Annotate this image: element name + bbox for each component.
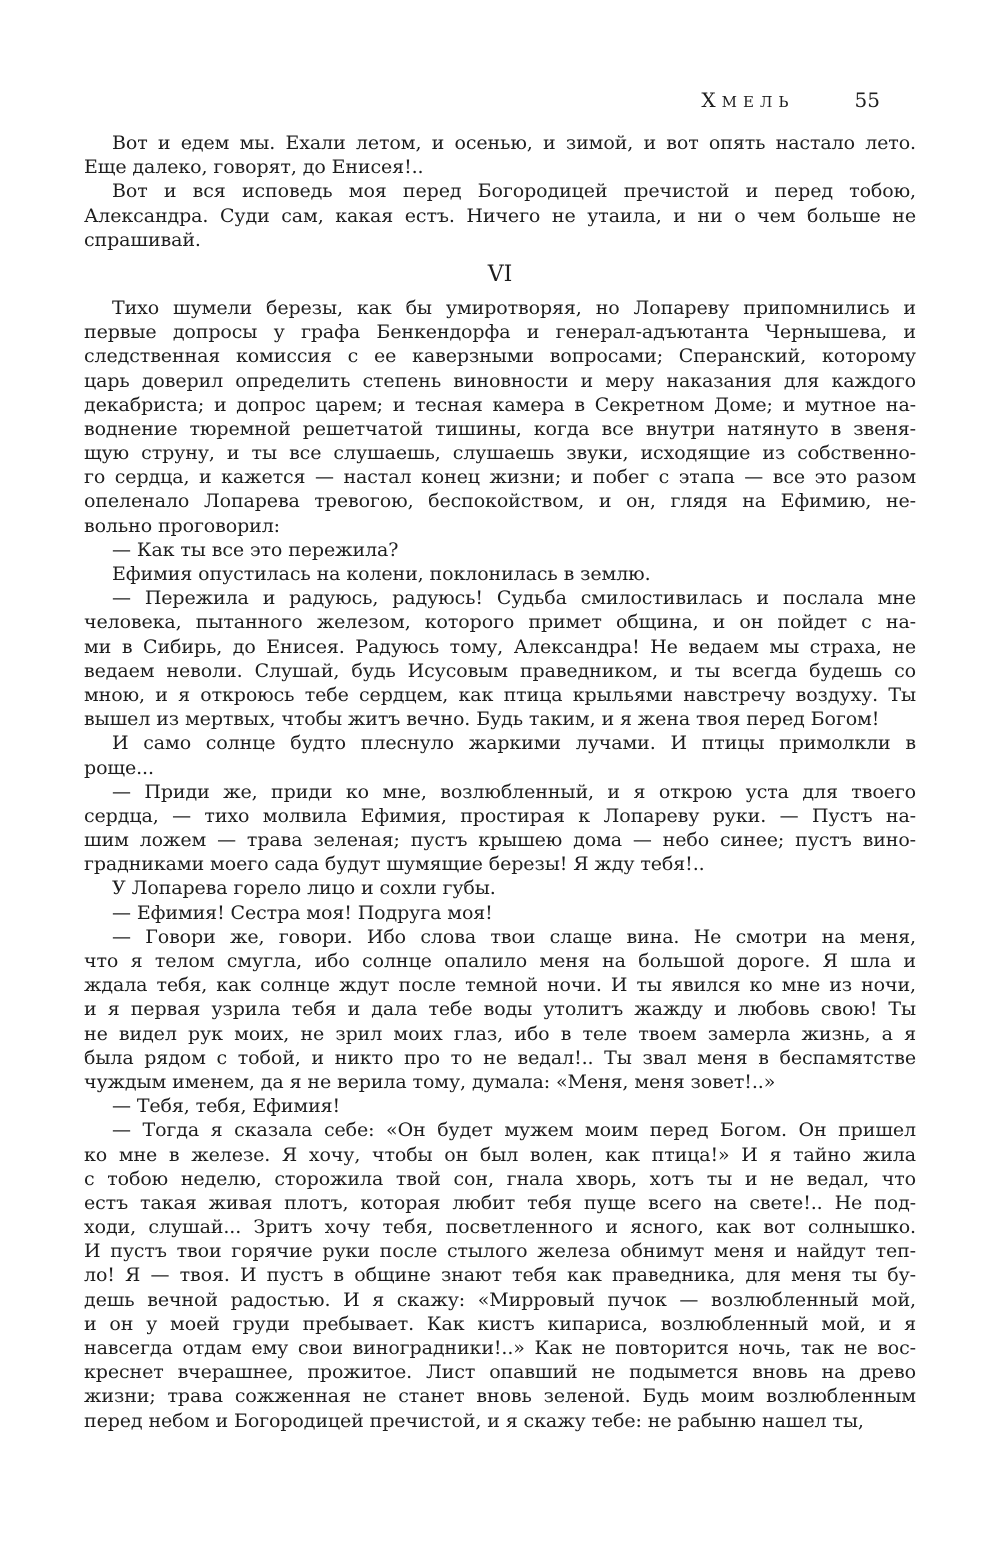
text-line: — Тогда я сказала себе: «Он будет мужем … [84,1118,916,1142]
text-line: первые допросы у графа Бенкендорфа и ген… [84,320,916,344]
text-line: градниками моего сада будут шумящие бере… [84,852,916,876]
text-line: Тихо шумели березы, как бы умиротворяя, … [84,296,916,320]
text-line: человека, пытанного железом, которого пр… [84,610,916,634]
paragraph: Ефимия опустилась на колени, поклонилась… [84,562,916,586]
text-line: ведаем неволи. Слушай, будь Исусовым пра… [84,659,916,683]
paragraph: У Лопарева горело лицо и сохли губы. [84,876,916,900]
paragraph: Вот и вся исповедь моя перед Богородицей… [84,179,916,252]
text-line: — Тебя, тебя, Ефимия! [84,1094,916,1118]
text-line: ми в Сибирь, до Енисея. Радуюсь тому, Ал… [84,635,916,659]
paragraph: — Пережила и радуюсь, радуюсь! Судьба см… [84,586,916,731]
text-line: и я первая узрила тебя и дала тебе воды … [84,997,916,1021]
text-line: навсегда отдам ему свои виноградники!..»… [84,1336,916,1360]
text-line: не видел рук моих, не зрил моих глаз, иб… [84,1022,916,1046]
text-line: с тобою неделю, сторожила твой сон, гнал… [84,1167,916,1191]
text-line: Ефимия опустилась на колени, поклонилась… [84,562,916,586]
text-line: — Пережила и радуюсь, радуюсь! Судьба см… [84,586,916,610]
text-line: следственная комиссия с ее каверзными во… [84,344,916,368]
text-line: — Приди же, приди ко мне, возлюбленный, … [84,780,916,804]
section-heading: VI [84,263,916,287]
text-line: декабриста; и допрос царем; и тесная кам… [84,393,916,417]
paragraph: Вот и едем мы. Ехали летом, и осенью, и … [84,131,916,179]
text-line: Александра. Суди сам, какая естъ. Ничего… [84,204,916,228]
text-line: опеленало Лопарева тревогою, беспокойств… [84,489,916,513]
text-line: щую струну, и ты все слушаешь, слушаешь … [84,441,916,465]
text-line: ходи, слушай... Зритъ хочу тебя, посветл… [84,1215,916,1239]
paragraph: — Ефимия! Сестра моя! Подруга моя! [84,901,916,925]
text-line: ло! Я — твоя. И пустъ в общине знают теб… [84,1263,916,1287]
text-line: чуждым именем, да я не верила тому, дума… [84,1070,916,1094]
text-line: царь доверил определить степень виновнос… [84,369,916,393]
text-line: спрашивай. [84,228,916,252]
paragraph: — Тогда я сказала себе: «Он будет мужем … [84,1118,916,1432]
text-line: — Ефимия! Сестра моя! Подруга моя! [84,901,916,925]
text-line: шим ложем — трава зеленая; пустъ крышею … [84,828,916,852]
text-line: вышел из мертвых, чтобы житъ вечно. Будь… [84,707,916,731]
page-number: 55 [855,88,880,112]
text-line: У Лопарева горело лицо и сохли губы. [84,876,916,900]
text-line: вольно проговорил: [84,514,916,538]
text-line: Вот и вся исповедь моя перед Богородицей… [84,179,916,203]
text-line: перед небом и Богородицей пречистой, и я… [84,1409,916,1433]
text-line: роще... [84,756,916,780]
text-line: ко мне в железе. Я хочу, чтобы он был во… [84,1143,916,1167]
text-line: Еще далеко, говорят, до Енисея!.. [84,155,916,179]
text-line: го сердца, и кажется — настал конец жизн… [84,465,916,489]
text-line: естъ такая живая плотъ, которая любит те… [84,1191,916,1215]
paragraph: — Приди же, приди ко мне, возлюбленный, … [84,780,916,877]
text-line: И пустъ твои горячие руки после стылого … [84,1239,916,1263]
text-line: мною, и я откроюсь тебе сердцем, как пти… [84,683,916,707]
paragraph: — Говори же, говори. Ибо слова твои слащ… [84,925,916,1094]
text-line: — Говори же, говори. Ибо слова твои слащ… [84,925,916,949]
text-block: ХМЕЛЬ 55 Вот и едем мы. Ехали летом, и о… [84,88,916,1433]
paragraph: — Как ты все это пережила? [84,538,916,562]
text-line: воднение тюремной решетчатой тишины, ког… [84,417,916,441]
paragraph: И само солнце будто плеснуло жаркими луч… [84,731,916,779]
running-title: ХМЕЛЬ [701,88,794,112]
text-line: и он у моей груди пребывает. Как кистъ к… [84,1312,916,1336]
page-header: ХМЕЛЬ 55 [84,88,916,112]
text-line: была рядом с тобой, и никто про то не ве… [84,1046,916,1070]
text-line: И само солнце будто плеснуло жаркими луч… [84,731,916,755]
text-line: Вот и едем мы. Ехали летом, и осенью, и … [84,131,916,155]
book-page: ХМЕЛЬ 55 Вот и едем мы. Ехали летом, и о… [0,0,1000,1552]
text-line: дешь вечной радостью. И я скажу: «Мирров… [84,1288,916,1312]
text-line: жизни; трава сожженная не станет вновь з… [84,1384,916,1408]
text-line: что я телом смугла, ибо солнце опалило м… [84,949,916,973]
text-line: креснет вчерашнее, прожитое. Лист опавши… [84,1360,916,1384]
text-line: сердца, — тихо молвила Ефимия, простирая… [84,804,916,828]
paragraph: Тихо шумели березы, как бы умиротворяя, … [84,296,916,538]
text-line: ждала тебя, как солнце ждут после темной… [84,973,916,997]
paragraph: — Тебя, тебя, Ефимия! [84,1094,916,1118]
page-text: Вот и едем мы. Ехали летом, и осенью, и … [84,131,916,1433]
text-line: — Как ты все это пережила? [84,538,916,562]
